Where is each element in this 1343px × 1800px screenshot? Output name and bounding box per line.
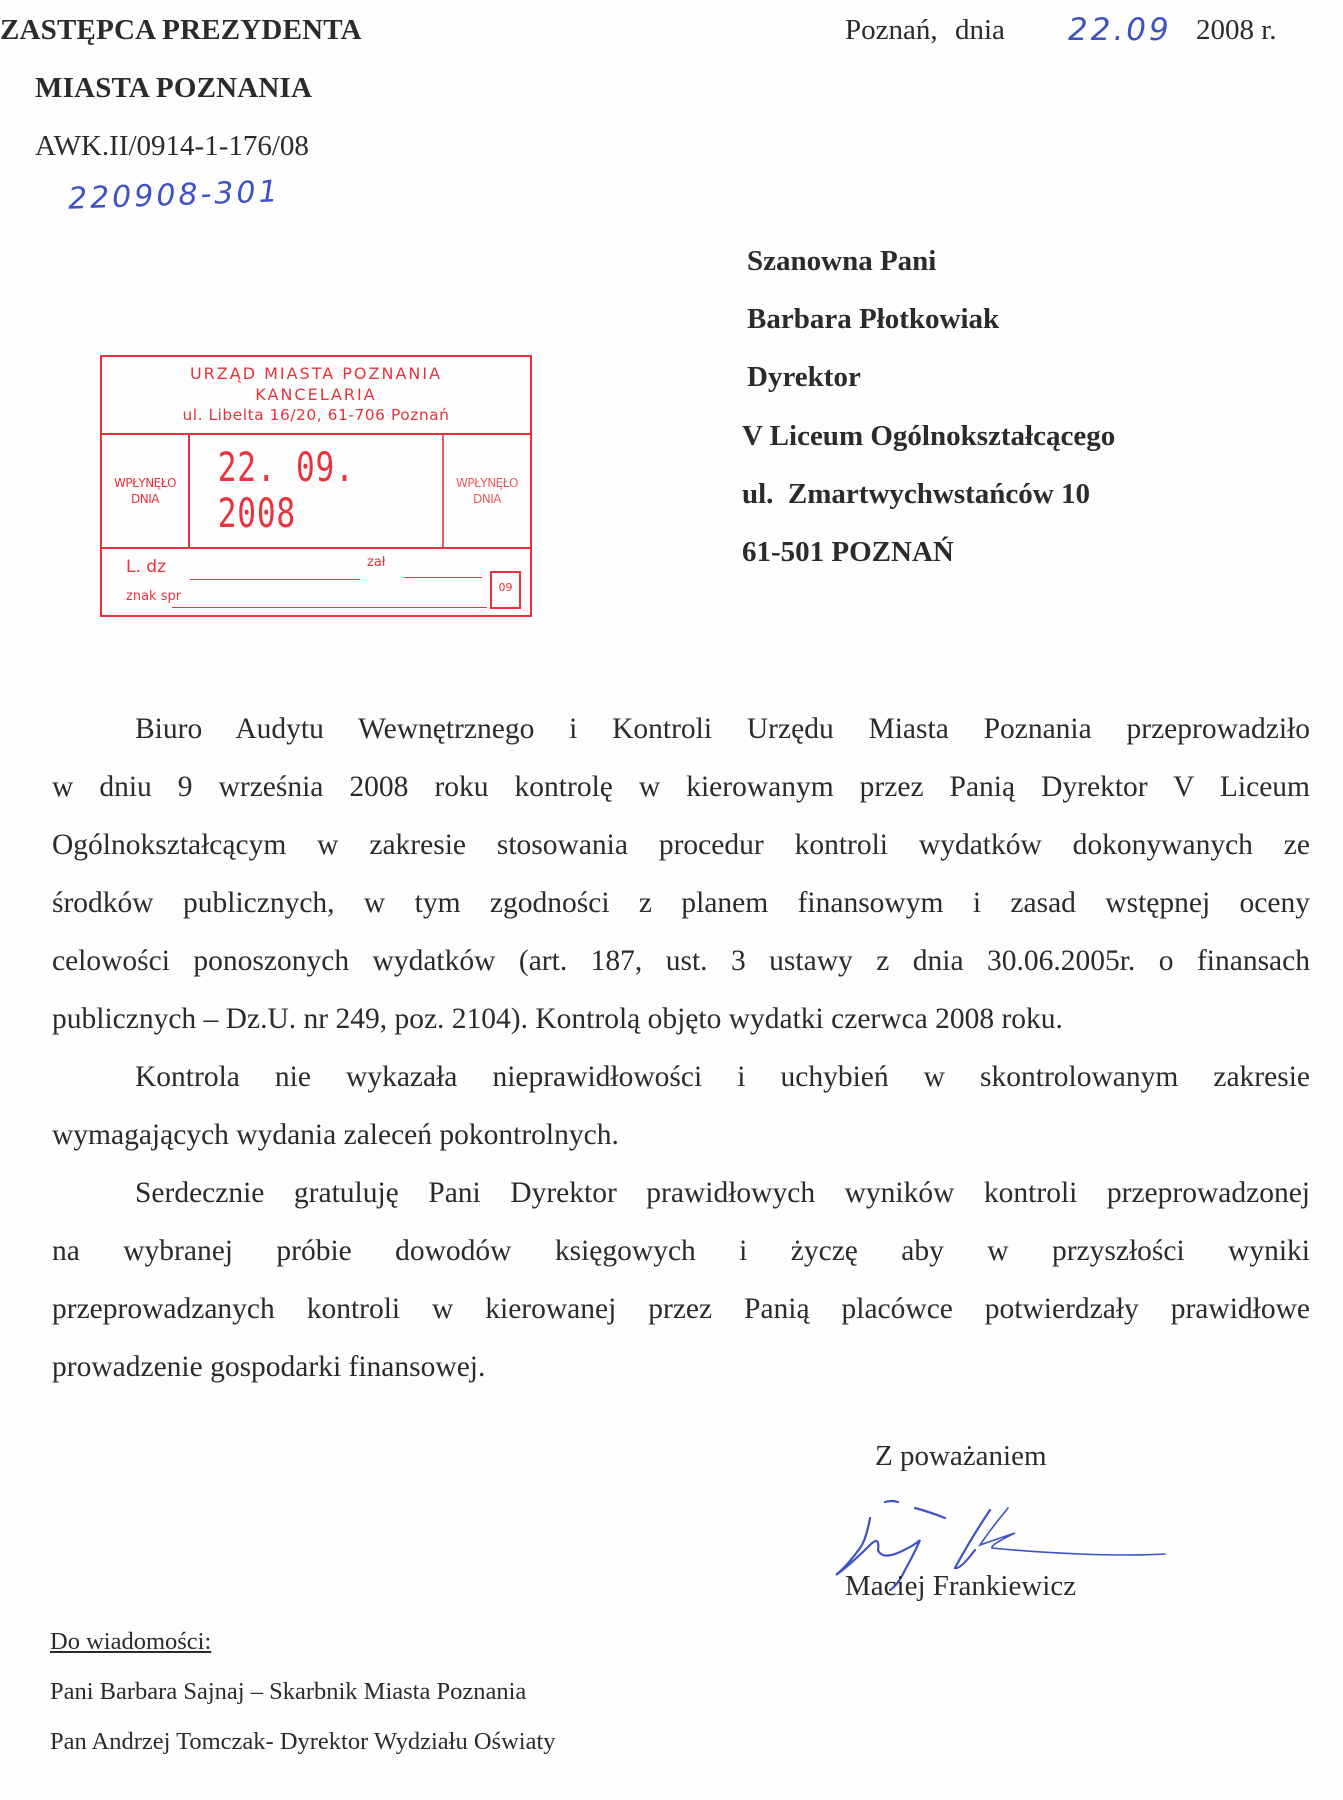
stamp-ldz-label: L. dz [126, 557, 166, 577]
sender-title-line2: MIASTA POZNANIA [35, 72, 312, 105]
stamp-header: URZĄD MIASTA POZNANIA KANCELARIA ul. Lib… [102, 357, 530, 435]
stamp-zal-line [404, 577, 482, 578]
stamp-department: KANCELARIA [102, 384, 530, 405]
stamp-day-text: DNIA [131, 491, 159, 507]
sender-title-line1: ZASTĘPCA PREZYDENTA [0, 14, 362, 47]
body-line: Serdecznie gratuluję Pani Dyrektor prawi… [52, 1164, 1310, 1222]
body-line: na wybranej próbie dowodów księgowych i … [52, 1222, 1310, 1280]
body-line: przeprowadzanych kontroli w kierowanej p… [52, 1280, 1310, 1338]
stamp-znak-label: znak spr [126, 589, 181, 604]
body-line: celowości ponoszonych wydatków (art. 187… [52, 932, 1310, 990]
closing-salutation: Z poważaniem [875, 1440, 1047, 1473]
addressee-line: Barbara Płotkowiak [747, 303, 999, 336]
addressee-line: Szanowna Pani [747, 245, 936, 278]
cc-recipient: Pani Barbara Sajnaj – Skarbnik Miasta Po… [50, 1678, 526, 1706]
handwritten-date: 22.09 [1068, 12, 1172, 48]
reference-number: AWK.II/0914-1-176/08 [35, 130, 309, 163]
stamp-ldz-line [190, 579, 360, 580]
addressee-line: V Liceum Ogólnokształcącego [742, 420, 1115, 453]
cc-recipient: Pan Andrzej Tomczak- Dyrektor Wydziału O… [50, 1728, 556, 1756]
addressee-line: 61-501 POZNAŃ [742, 536, 954, 569]
addressee-line: ul. Zmartwychwstańców 10 [742, 478, 1090, 511]
handwritten-reference: 220908-301 [67, 174, 281, 216]
date-place: Poznań, [845, 14, 938, 47]
stamp-received-label-left: WPŁYNĘŁO DNIA [102, 435, 190, 547]
stamp-date: 22. 09. 2008 [218, 435, 415, 547]
body-line: Biuro Audytu Wewnętrznego i Kontroli Urz… [52, 700, 1310, 758]
body-line: w dniu 9 września 2008 roku kontrolę w k… [52, 758, 1310, 816]
stamp-office: URZĄD MIASTA POZNANIA [102, 363, 530, 384]
stamp-footer: L. dz zał 09 znak spr [102, 549, 530, 617]
stamp-date-row: WPŁYNĘŁO DNIA 22. 09. 2008 WPŁYNĘŁO DNIA [102, 435, 530, 549]
stamp-box: 09 [490, 571, 521, 609]
received-stamp: URZĄD MIASTA POZNANIA KANCELARIA ul. Lib… [100, 355, 532, 617]
stamp-received-label-right: WPŁYNĘŁO DNIA [442, 435, 530, 547]
cc-title: Do wiadomości: [50, 1628, 211, 1656]
stamp-day-text: DNIA [473, 491, 501, 507]
body-line: Kontrola nie wykazała nieprawidłowości i… [52, 1048, 1310, 1106]
stamp-address: ul. Libelta 16/20, 61-706 Poznań [102, 405, 530, 426]
signatory-name: Maciej Frankiewicz [845, 1570, 1076, 1603]
stamp-received-text: WPŁYNĘŁO [114, 475, 176, 491]
date-dnia: dnia [955, 14, 1005, 47]
stamp-received-text: WPŁYNĘŁO [456, 475, 518, 491]
body-line: Ogólnokształcącym w zakresie stosowania … [52, 816, 1310, 874]
stamp-znak-line [172, 607, 487, 608]
addressee-line: Dyrektor [747, 361, 861, 394]
letter-body: Biuro Audytu Wewnętrznego i Kontroli Urz… [52, 700, 1310, 1396]
body-line: prowadzenie gospodarki finansowej. [52, 1338, 1310, 1396]
body-line: publicznych – Dz.U. nr 249, poz. 2104). … [52, 990, 1310, 1048]
date-year: 2008 r. [1196, 14, 1277, 47]
body-line: wymagających wydania zaleceń pokontrolny… [52, 1106, 1310, 1164]
body-line: środków publicznych, w tym zgodności z p… [52, 874, 1310, 932]
stamp-zal-label: zał [367, 555, 385, 570]
